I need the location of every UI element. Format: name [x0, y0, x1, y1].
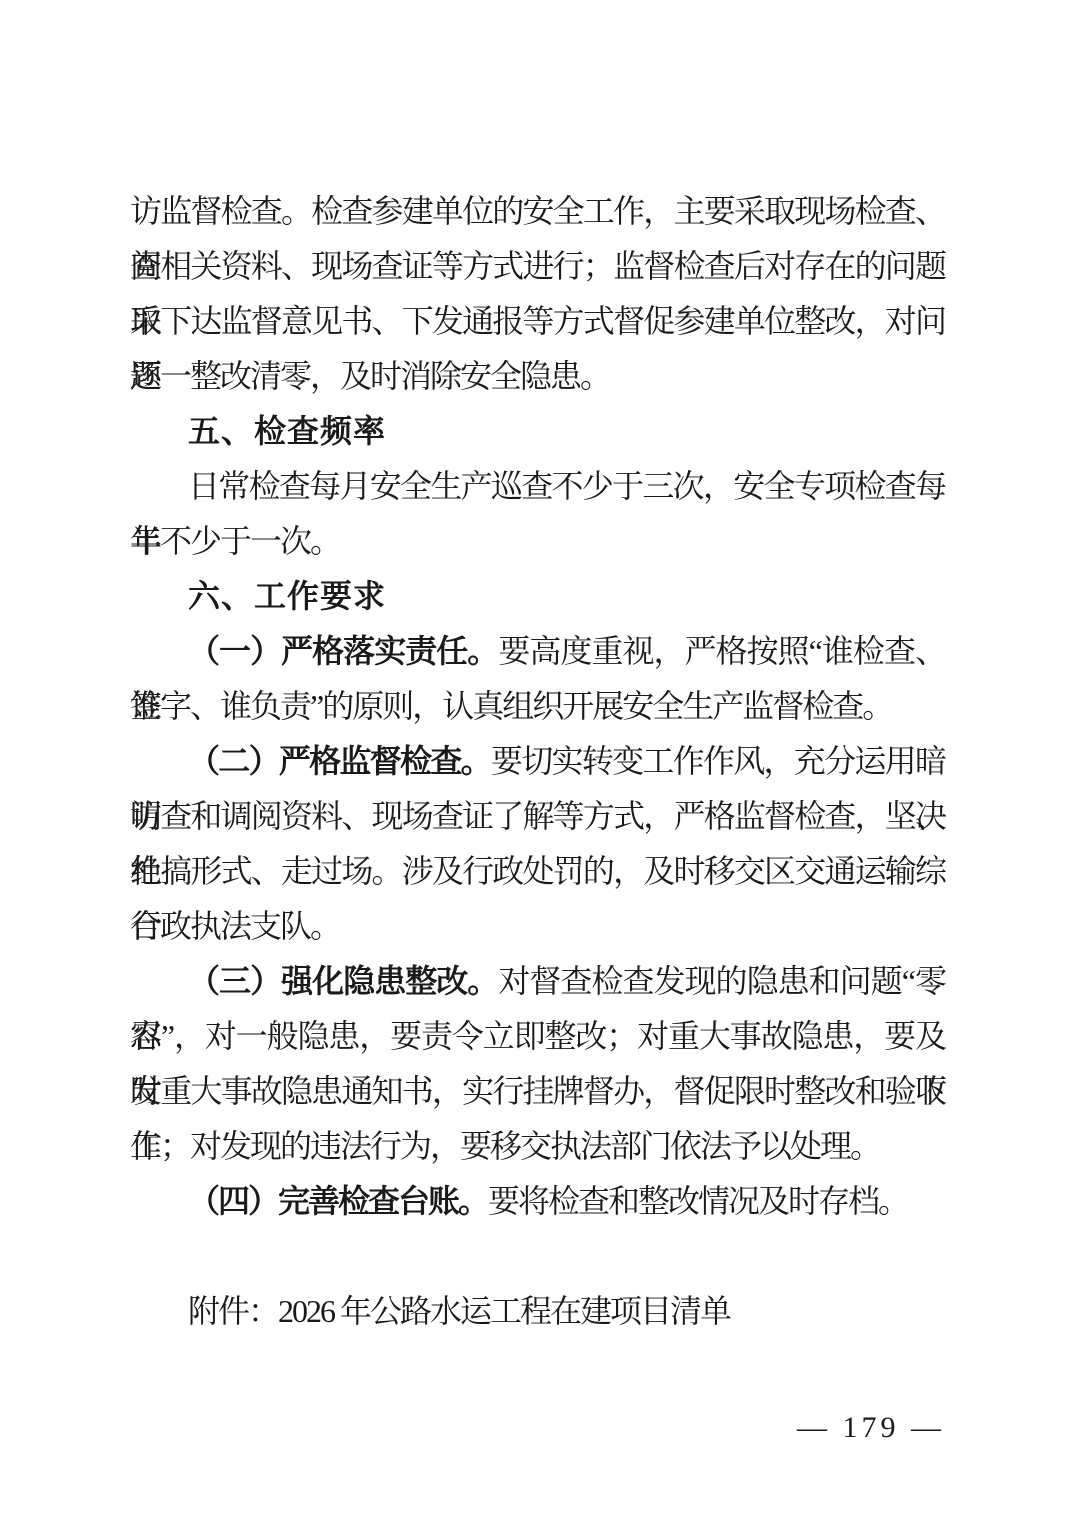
- paragraph-line: 行政执法支队。: [130, 899, 945, 954]
- paragraph-line: 访监督检查。检查参建单位的安全工作，主要采取现场检查、查: [130, 184, 945, 239]
- clause-line: （二）严格监督检查。要切实转变工作作风，充分运用暗访、: [130, 734, 945, 789]
- line-text: 年不少于一次。: [130, 523, 340, 559]
- attachment-note: 附件：2026 年公路水运工程在建项目清单: [130, 1284, 945, 1339]
- heading-text: 五、检查频率: [188, 413, 386, 449]
- paragraph-line: 绝搞形式、走过场。涉及行政处罚的，及时移交区交通运输综合: [130, 844, 945, 899]
- paragraph-line: 逐一整改清零，及时消除安全隐患。: [130, 349, 945, 404]
- paragraph-line: 日常检查每月安全生产巡查不少于三次，安全专项检查每半: [130, 459, 945, 514]
- line-text: 要将检查和整改情况及时存档。: [488, 1183, 908, 1219]
- paragraph-line: 签字、谁负责”的原则，认真组织开展安全生产监督检查。: [130, 679, 945, 734]
- blank-line: [130, 1229, 945, 1284]
- paragraph-line: 忍”，对一般隐患，要责令立即整改；对重大事故隐患，要及时下: [130, 1009, 945, 1064]
- heading-text: 六、工作要求: [188, 578, 386, 614]
- section-heading-six: 六、工作要求: [130, 569, 945, 624]
- section-heading-five: 五、检查频率: [130, 404, 945, 459]
- page-number: — 179 —: [797, 1408, 945, 1448]
- line-text: 作；对发现的违法行为，要移交执法部门依法予以处理。: [130, 1128, 880, 1164]
- attachment-text: 附件：2026 年公路水运工程在建项目清单: [188, 1293, 730, 1329]
- clause-line: （四）完善检查台账。要将检查和整改情况及时存档。: [130, 1174, 945, 1229]
- paragraph-line: 作；对发现的违法行为，要移交执法部门依法予以处理。: [130, 1119, 945, 1174]
- clause-title: （四）完善检查台账。: [188, 1183, 488, 1219]
- document-page: 访监督检查。检查参建单位的安全工作，主要采取现场检查、查 阅相关资料、现场查证等…: [0, 0, 1074, 1520]
- paragraph-line: 阅相关资料、现场查证等方式进行；监督检查后对存在的问题采: [130, 239, 945, 294]
- clause-line: （三）强化隐患整改。对督查检查发现的隐患和问题“零容: [130, 954, 945, 1009]
- clause-title: （一）严格落实责任。: [188, 633, 498, 669]
- clause-title: （三）强化隐患整改。: [188, 963, 498, 999]
- paragraph-line: 明查和调阅资料、现场查证了解等方式，严格监督检查，坚决杜: [130, 789, 945, 844]
- clause-line: （一）严格落实责任。要高度重视，严格按照“谁检查、谁: [130, 624, 945, 679]
- paragraph-line: 年不少于一次。: [130, 514, 945, 569]
- line-text: 签字、谁负责”的原则，认真组织开展安全生产监督检查。: [130, 688, 892, 724]
- document-body: 访监督检查。检查参建单位的安全工作，主要采取现场检查、查 阅相关资料、现场查证等…: [130, 184, 945, 1339]
- line-text: 行政执法支队。: [130, 908, 340, 944]
- line-text: 逐一整改清零，及时消除安全隐患。: [130, 358, 610, 394]
- paragraph-line: 取下达监督意见书、下发通报等方式督促参建单位整改，对问题: [130, 294, 945, 349]
- clause-title: （二）严格监督检查。: [188, 743, 491, 779]
- paragraph-line: 发重大事故隐患通知书，实行挂牌督办，督促限时整改和验收工: [130, 1064, 945, 1119]
